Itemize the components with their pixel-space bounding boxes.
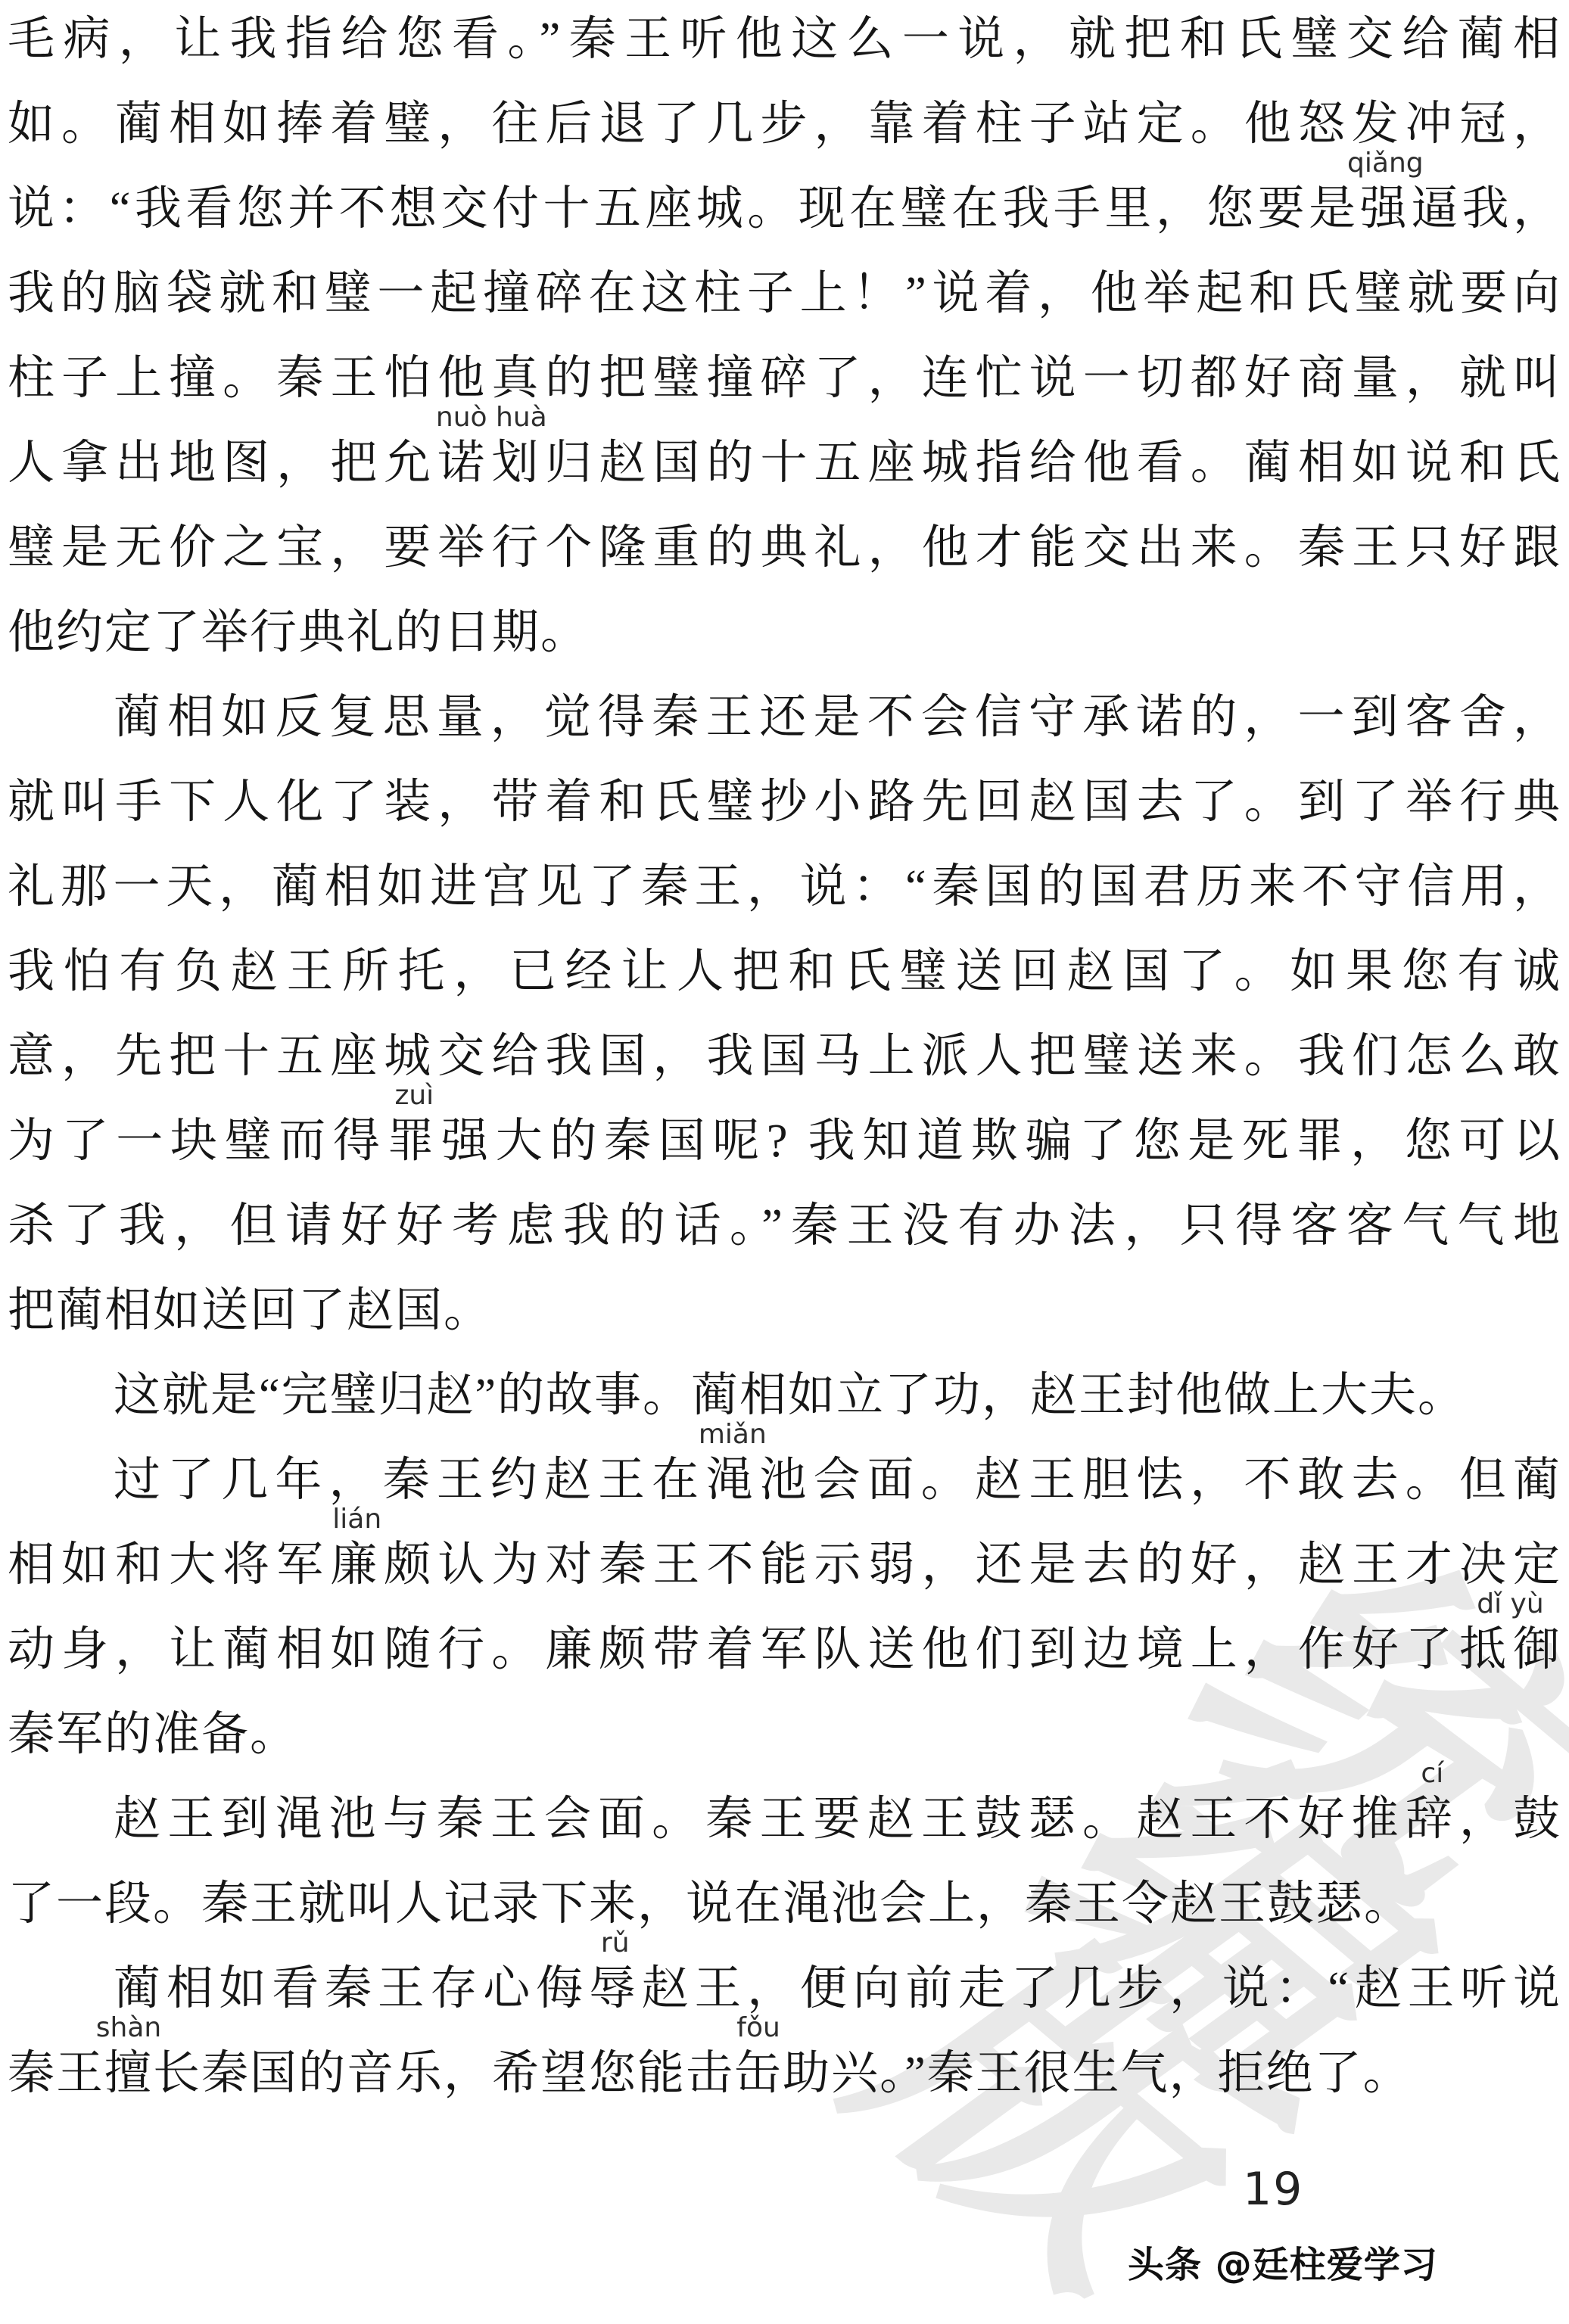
text-line-3: 说：“我看您并不想交付十五座城。现在璧在我手里，您要是qiǎng强逼我， (8, 166, 1561, 251)
pinyin-annotated-text: miǎn渑 (705, 1454, 759, 1506)
pinyin-label: shàn (96, 2014, 161, 2042)
text-line-22: 赵王到渑池与秦王会面。秦王要赵王鼓瑟。赵王不好推cí辞，鼓 (8, 1777, 1561, 1862)
text-line-25: 秦王shàn擅长秦国的音乐，希望您能击fǒu缶助兴。”秦王很生气，拒绝了。 (8, 2031, 1561, 2116)
text-line-15: 杀了我，但请好好考虑我的话。”秦王没有办法，只得客客气气地 (8, 1184, 1561, 1268)
pinyin-annotated-text: lián廉 (330, 1539, 384, 1591)
pinyin-label: fǒu (736, 2014, 780, 2042)
text-line-13: 意，先把十五座城交给我国，我国马上派人把璧送来。我们怎么敢 (8, 1014, 1561, 1099)
page-number: 19 (1243, 2163, 1303, 2216)
text-line-6: 人拿出地图，把允nuò huà诺划归赵国的十五座城指给他看。蔺相如说和氏 (8, 421, 1561, 506)
pinyin-annotated-text: nuò huà诺划 (437, 437, 545, 489)
pinyin-annotated-text: shàn擅 (104, 2048, 153, 2099)
pinyin-label: lián (332, 1506, 381, 1533)
text-line-20: 动身，让蔺相如随行。廉颇带着军队送他们到边境上，作好了dǐ yù抵御 (8, 1607, 1561, 1692)
pinyin-label: dǐ yù (1477, 1591, 1543, 1618)
text-line-23: 了一段。秦王就叫人记录下来，说在渑池会上，秦王令赵王鼓瑟。 (8, 1862, 1561, 1946)
footer-credit: 头条 @廷柱爱学习 (1128, 2242, 1438, 2288)
text-line-24: 蔺相如看秦王存心侮rǔ辱赵王，便向前走了几步，说：“赵王听说 (8, 1946, 1561, 2031)
pinyin-annotated-text: cí辞 (1406, 1794, 1459, 1845)
text-line-21: 秦军的准备。 (8, 1692, 1561, 1777)
pinyin-label: zuì (394, 1082, 434, 1109)
text-line-18: 过了几年，秦王约赵王在miǎn渑池会面。赵王胆怯，不敢去。但蔺 (8, 1438, 1561, 1523)
text-line-8: 他约定了举行典礼的日期。 (8, 590, 1561, 675)
text-line-14: 为了一块璧而得zuì罪强大的秦国呢? 我知道欺骗了您是死罪，您可以 (8, 1099, 1561, 1184)
pinyin-annotated-text: fǒu缶 (734, 2048, 783, 2099)
text-line-12: 我怕有负赵王所托，已经让人把和氏璧送回赵国了。如果您有诚 (8, 929, 1561, 1014)
text-body: 毛病，让我指给您看。”秦王听他这么一说，就把和氏璧交给蔺相如。蔺相如捧着璧，往后… (8, 0, 1561, 2116)
text-line-4: 我的脑袋就和璧一起撞碎在这柱子上！”说着，他举起和氏璧就要向 (8, 251, 1561, 336)
pinyin-annotated-text: dǐ yù抵御 (1459, 1624, 1561, 1675)
text-line-16: 把蔺相如送回了赵国。 (8, 1268, 1561, 1353)
pinyin-annotated-text: zuì罪 (388, 1115, 442, 1167)
pinyin-label: miǎn (699, 1421, 767, 1448)
pinyin-annotated-text: rǔ辱 (589, 1963, 642, 2014)
pinyin-label: cí (1421, 1760, 1443, 1787)
text-line-9: 蔺相如反复思量，觉得秦王还是不会信守承诺的，一到客舍， (8, 675, 1561, 760)
text-line-5: 柱子上撞。秦王怕他真的把璧撞碎了，连忙说一切都好商量，就叫 (8, 336, 1561, 421)
text-line-19: 相如和大将军lián廉颇认为对秦王不能示弱，还是去的好，赵王才决定 (8, 1523, 1561, 1607)
text-line-11: 礼那一天，蔺相如进宫见了秦王，说：“秦国的国君历来不守信用， (8, 845, 1561, 929)
text-line-1: 毛病，让我指给您看。”秦王听他这么一说，就把和氏璧交给蔺相 (8, 0, 1561, 82)
textbook-page: 统编版 毛病，让我指给您看。”秦王听他这么一说，就把和氏璧交给蔺相如。蔺相如捧着… (0, 0, 1569, 2324)
text-line-10: 就叫手下人化了装，带着和氏璧抄小路先回赵国去了。到了举行典 (8, 760, 1561, 845)
text-line-7: 璧是无价之宝，要举行个隆重的典礼，他才能交出来。秦王只好跟 (8, 506, 1561, 590)
pinyin-label: rǔ (601, 1930, 630, 1957)
pinyin-label: nuò huà (436, 404, 547, 431)
text-line-2: 如。蔺相如捧着璧，往后退了几步，靠着柱子站定。他怒发冲冠， (8, 82, 1561, 166)
pinyin-label: qiǎng (1347, 150, 1424, 177)
text-line-17: 这就是“完璧归赵”的故事。蔺相如立了功，赵王封他做上大夫。 (8, 1353, 1561, 1438)
pinyin-annotated-text: qiǎng强 (1360, 183, 1411, 235)
